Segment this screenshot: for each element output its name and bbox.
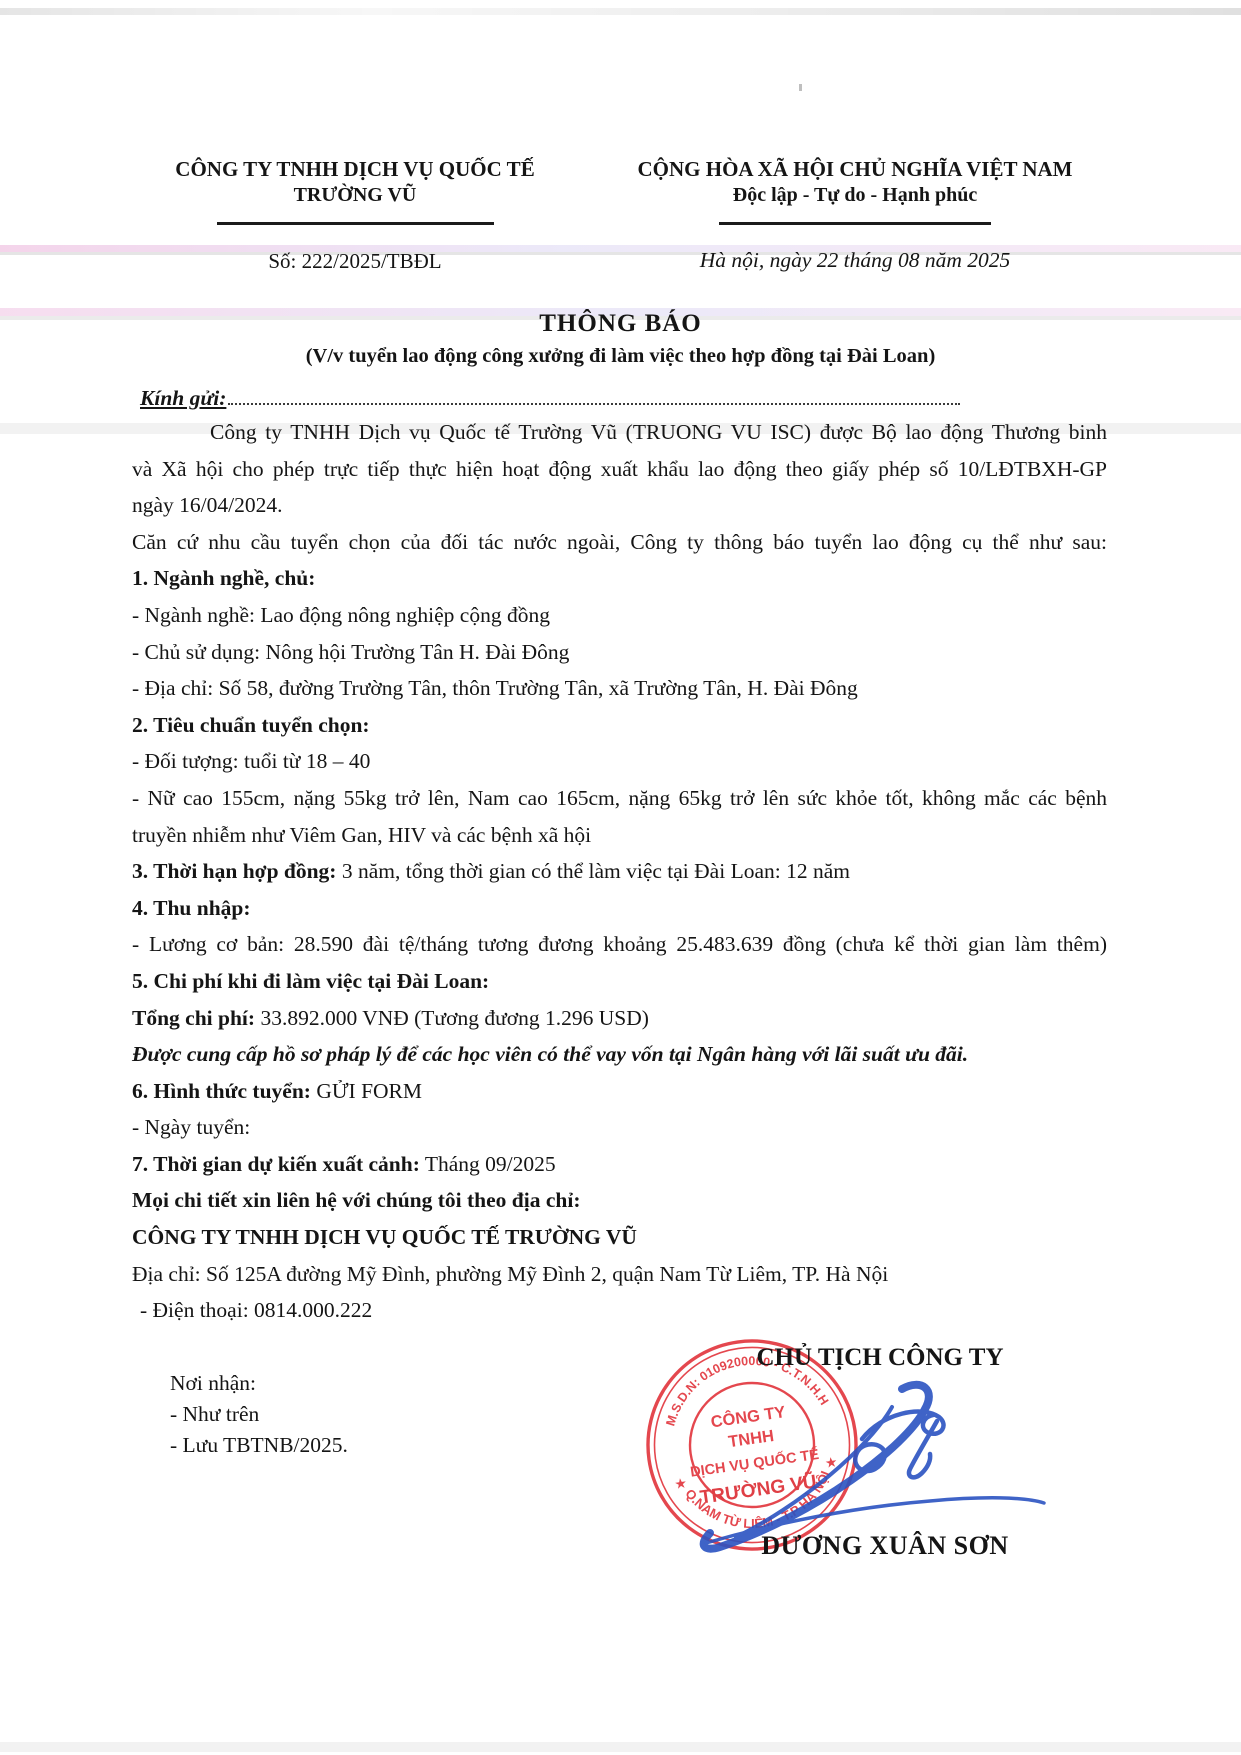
salutation-row: Kính gửi: xyxy=(140,386,960,411)
list-item: - Nữ cao 155cm, nặng 55kg trở lên, Nam c… xyxy=(132,780,1107,817)
list-item: - Địa chỉ: Số 58, đường Trường Tân, thôn… xyxy=(132,670,1107,707)
line-label: 3. Thời hạn hợp đồng: xyxy=(132,859,336,883)
line-value: 3 năm, tổng thời gian có thể làm việc tạ… xyxy=(336,859,850,883)
list-item: truyền nhiễm như Viêm Gan, HIV và các bệ… xyxy=(132,817,1107,854)
section-heading-3: 3. Thời hạn hợp đồng: 3 năm, tổng thời g… xyxy=(132,853,1107,890)
document-number: Số: 222/2025/TBĐL xyxy=(140,249,570,274)
section-heading-4: 4. Thu nhập: xyxy=(132,890,1107,927)
section-heading-7: 7. Thời gian dự kiến xuất cảnh: Tháng 09… xyxy=(132,1146,1107,1183)
list-item: - Ngày tuyển: xyxy=(132,1109,1107,1146)
signer-title: CHỦ TỊCH CÔNG TY xyxy=(740,1344,1020,1372)
line-label: Tổng chi phí: xyxy=(132,1006,255,1030)
paragraph-line: và Xã hội cho phép trực tiếp thực hiện h… xyxy=(132,451,1107,488)
header-divider xyxy=(217,222,494,225)
line-label: 7. Thời gian dự kiến xuất cảnh: xyxy=(132,1152,420,1176)
list-item: - Đối tượng: tuổi từ 18 – 40 xyxy=(132,743,1107,780)
list-item: - Lương cơ bản: 28.590 đài tệ/tháng tươn… xyxy=(132,926,1107,963)
document-body: Công ty TNHH Dịch vụ Quốc tế Trường Vũ (… xyxy=(132,414,1107,1329)
salutation-label: Kính gửi: xyxy=(140,386,226,411)
contact-address-line: Địa chỉ: Số 125A đường Mỹ Đình, phường M… xyxy=(132,1256,1107,1293)
national-motto: Độc lập - Tự do - Hạnh phúc xyxy=(620,182,1090,208)
contact-company-name: CÔNG TY TNHH DỊCH VỤ QUỐC TẾ TRƯỜNG VŨ xyxy=(132,1219,1107,1256)
section-heading-2: 2. Tiêu chuẩn tuyển chọn: xyxy=(132,707,1107,744)
section-heading-1: 1. Ngành nghề, chủ: xyxy=(132,560,1107,597)
company-name-line1: CÔNG TY TNHH DỊCH VỤ QUỐC TẾ xyxy=(140,156,570,182)
line-value: Tháng 09/2025 xyxy=(420,1152,556,1176)
date-line: Hà nội, ngày 22 tháng 08 năm 2025 xyxy=(620,248,1090,273)
line-label: 6. Hình thức tuyển: xyxy=(132,1079,311,1103)
company-name-line2: TRƯỜNG VŨ xyxy=(140,182,570,208)
national-motto-block: CỘNG HÒA XÃ HỘI CHỦ NGHĨA VIỆT NAM Độc l… xyxy=(620,156,1090,273)
paragraph-line: ngày 16/04/2024. xyxy=(132,487,1107,524)
contact-phone-line: - Điện thoại: 0814.000.222 xyxy=(132,1292,1107,1329)
line-value: GỬI FORM xyxy=(311,1079,422,1103)
header-divider xyxy=(719,222,991,225)
recipient-item: - Như trên xyxy=(170,1399,348,1430)
contact-intro-line: Mọi chi tiết xin liên hệ với chúng tôi t… xyxy=(132,1182,1107,1219)
scan-artifact xyxy=(799,84,802,91)
list-item: - Chủ sử dụng: Nông hội Trường Tân H. Đà… xyxy=(132,634,1107,671)
scan-artifact xyxy=(0,1742,1241,1752)
scan-artifact xyxy=(0,8,1241,15)
document-title: THÔNG BÁO xyxy=(0,310,1241,338)
recipients-heading: Nơi nhận: xyxy=(170,1368,348,1399)
recipient-item: - Lưu TBTNB/2025. xyxy=(170,1430,348,1461)
list-item: - Ngành nghề: Lao động nông nghiệp cộng … xyxy=(132,597,1107,634)
scanned-document-page: CÔNG TY TNHH DỊCH VỤ QUỐC TẾ TRƯỜNG VŨ S… xyxy=(0,0,1241,1755)
dotted-leader-line xyxy=(228,386,960,405)
paragraph-line: Công ty TNHH Dịch vụ Quốc tế Trường Vũ (… xyxy=(132,414,1107,451)
paragraph-line: Căn cứ nhu cầu tuyển chọn của đối tác nư… xyxy=(132,524,1107,561)
total-cost-line: Tổng chi phí: 33.892.000 VNĐ (Tương đươn… xyxy=(132,1000,1107,1037)
section-heading-5: 5. Chi phí khi đi làm việc tại Đài Loan: xyxy=(132,963,1107,1000)
company-header-block: CÔNG TY TNHH DỊCH VỤ QUỐC TẾ TRƯỜNG VŨ S… xyxy=(140,156,570,274)
section-heading-6: 6. Hình thức tuyển: GỬI FORM xyxy=(132,1073,1107,1110)
recipients-block: Nơi nhận: - Như trên - Lưu TBTNB/2025. xyxy=(170,1368,348,1461)
document-subtitle: (V/v tuyển lao động công xưởng đi làm vi… xyxy=(0,345,1241,368)
line-value: 33.892.000 VNĐ (Tương đương 1.296 USD) xyxy=(255,1006,649,1030)
national-title: CỘNG HÒA XÃ HỘI CHỦ NGHĨA VIỆT NAM xyxy=(620,156,1090,182)
signer-name: DƯƠNG XUÂN SƠN xyxy=(755,1531,1015,1561)
loan-note-line: Được cung cấp hồ sơ pháp lý để các học v… xyxy=(132,1036,1107,1073)
